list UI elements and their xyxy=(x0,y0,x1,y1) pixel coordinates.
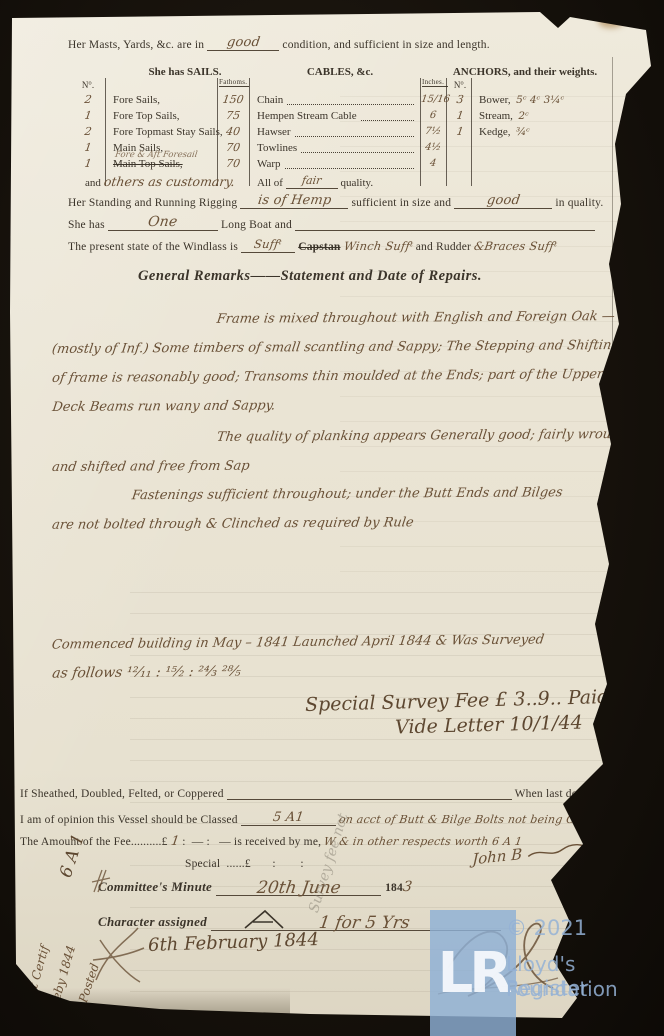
quality-suffix: quality. xyxy=(340,177,373,189)
cable-label: Hawser xyxy=(257,124,291,140)
anchor-weight: ¾ᶜ xyxy=(516,126,530,138)
margin-note-sent: Sent Certif xyxy=(20,944,52,1012)
windlass-line: The present state of the Windlass is Suf… xyxy=(68,238,557,253)
dot-leader xyxy=(301,140,414,153)
anchors-no-header: N°. xyxy=(449,80,471,90)
cables-section-title: CABLES, &c. xyxy=(255,66,425,78)
remarks-text: are not bolted through & Clinched as req… xyxy=(50,507,564,540)
survey-dates: as follows ¹²⁄₁₁ : ¹⁵⁄₂ : ²⁴⁄₃ ²⁸⁄₅ xyxy=(50,654,546,688)
fathoms-value: 70 xyxy=(218,156,248,172)
special-fee-colons: : : xyxy=(254,858,304,870)
masts-condition-blank: good xyxy=(207,36,279,51)
anchor-count: 1 xyxy=(448,124,472,140)
dot-leader xyxy=(285,156,414,169)
tally-hatch-mark xyxy=(90,868,112,894)
inches-header: Inches. xyxy=(422,78,448,87)
sail-count: 2 xyxy=(74,124,102,140)
cable-row: Warp xyxy=(257,156,417,172)
inches-value: 7½ xyxy=(420,124,446,140)
surveyor-signature-text: John B xyxy=(472,845,523,868)
sail-count: 1 xyxy=(74,140,102,156)
vide-letter-note: Vide Letter 10/1/44 xyxy=(395,712,583,739)
anchor-row: Bower, 5ᶜ 4ᶜ 3¼ᶜ xyxy=(479,92,629,108)
anchor-label: Bower, xyxy=(479,94,511,106)
committee-minute-line: Committee's Minute 20th June 1843 xyxy=(98,878,412,896)
anchor-weight: 5ᶜ 4ᶜ 3¼ᶜ xyxy=(516,94,564,106)
anchor-row: Kedge, ¾ᶜ xyxy=(479,124,629,140)
dot-leader xyxy=(361,108,414,121)
sail-count: 2 xyxy=(74,92,102,108)
inventory-table: She has SAILS. CABLES, &c. ANCHORS, and … xyxy=(75,66,605,194)
anchors-no-column: 3 1 1 xyxy=(449,92,471,140)
classed-value: 5 A1 xyxy=(272,811,305,824)
quality-blank: fair xyxy=(286,174,338,189)
margin-scribble xyxy=(88,920,148,990)
committee-date-written: 6th February 1844 xyxy=(148,929,320,956)
remarks-text: of frame is reasonably good; Transoms th… xyxy=(50,360,622,393)
anchor-weight: 2ᶜ xyxy=(518,110,528,122)
inches-value: 4 xyxy=(420,156,446,172)
classed-prefix: I am of opinion this Vessel should be Cl… xyxy=(20,814,238,826)
rigging-line: Her Standing and Running Rigging is of H… xyxy=(68,194,603,209)
remarks-paragraph-4: Commenced building in May – 1841 Launche… xyxy=(52,625,545,688)
windlass-blank: Suffᵗ xyxy=(241,238,295,253)
cable-row: Chain xyxy=(257,92,417,108)
sails-no-column: 2 1 2 1 1 xyxy=(75,92,101,172)
anchors-label-column: Bower, 5ᶜ 4ᶜ 3¼ᶜ Stream, 2ᶜ Kedge, ¾ᶜ xyxy=(479,92,629,140)
class-character-mark-icon xyxy=(241,908,287,930)
fold-line xyxy=(612,57,613,762)
anchor-count: 1 xyxy=(448,108,472,124)
scanned-survey-document: Her Masts, Yards, &c. are in good condit… xyxy=(0,0,664,1036)
fathoms-value: 75 xyxy=(218,108,248,124)
cable-row: Hawser xyxy=(257,124,417,140)
anchor-label: Kedge, xyxy=(479,126,510,138)
remarks-heading: General Remarks——Statement and Date of R… xyxy=(10,268,610,285)
lr-logo: LR xyxy=(430,910,516,1036)
anchor-count: 3 xyxy=(448,92,472,108)
cable-row: Hempen Stream Cable xyxy=(257,108,417,124)
sail-count: 1 xyxy=(74,156,102,172)
remarks-paragraph-2: The quality of planking appears Generall… xyxy=(52,420,634,482)
remarks-text: Deck Beams run wany and Sappy. xyxy=(50,389,622,422)
inches-value: 15/16 xyxy=(420,92,446,108)
cable-label: Towlines xyxy=(257,140,297,156)
classed-line: I am of opinion this Vessel should be Cl… xyxy=(20,811,617,826)
windlass-value1: Suffᵗ xyxy=(253,238,282,251)
inches-column: 15/16 6 7½ 4½ 4 xyxy=(421,92,445,172)
quality-prefix: All of xyxy=(257,177,283,189)
sail-count: 1 xyxy=(74,108,102,124)
rigging-blank2: good xyxy=(454,194,552,209)
sails-footer: and others as customary. xyxy=(85,174,235,189)
windlass-middle: and Rudder xyxy=(416,241,471,253)
sails-section-title: She has SAILS. xyxy=(105,66,265,78)
signature-flourish xyxy=(525,840,592,863)
fee-value: 1 xyxy=(170,834,181,849)
paper-sheet: Her Masts, Yards, &c. are in good condit… xyxy=(10,12,654,1022)
fee-prefix: The Amount of the Fee..........£ xyxy=(20,836,168,848)
classed-note: on acct of Butt & Bilge Bolts not being … xyxy=(338,813,618,826)
lr-logo-text: LR xyxy=(438,941,509,1006)
special-fee-line: Special ......£ : : xyxy=(185,858,304,870)
remarks-text: and shifted and free from Sap xyxy=(50,449,635,482)
boats-suffix: Long Boat and xyxy=(221,219,292,231)
capstan-struck-word: Capstan xyxy=(298,241,340,253)
masts-line-suffix: condition, and sufficient in size and le… xyxy=(282,39,489,51)
committee-minute-label: Committee's Minute xyxy=(98,879,212,894)
when-last-done-label: When last done xyxy=(515,788,589,800)
anchors-section-title: ANCHORS, and their weights. xyxy=(435,66,615,78)
character-assigned-value: 1 for 5 Yrs xyxy=(318,917,410,930)
windlass-prefix: The present state of the Windlass is xyxy=(68,241,238,253)
masts-condition-line: Her Masts, Yards, &c. are in good condit… xyxy=(68,36,490,51)
cables-label-column: Chain Hempen Stream Cable Hawser Towline… xyxy=(257,92,417,172)
remarks-text: Frame is mixed throughout with English a… xyxy=(50,302,622,335)
rigging-value2: good xyxy=(486,194,521,207)
minute-year-written: 3 xyxy=(402,879,413,895)
anchor-label: Stream, xyxy=(479,110,513,122)
when-last-done-blank xyxy=(592,799,664,800)
dot-leader xyxy=(287,92,414,105)
rigging-value1: is of Hemp xyxy=(257,194,332,207)
classed-blank: 5 A1 xyxy=(241,811,336,826)
watermark-org-line2: Foundation xyxy=(506,977,618,1001)
ink-stain xyxy=(598,14,624,28)
rigging-suffix: in quality. xyxy=(555,197,603,209)
remarks-paragraph-1: Frame is mixed throughout with English a… xyxy=(52,302,621,422)
table-rule xyxy=(105,78,106,186)
cables-quality-line: All of fair quality. xyxy=(257,174,373,189)
boats-empty-blank xyxy=(295,230,595,231)
inches-value: 6 xyxy=(420,108,446,124)
dot-leader xyxy=(295,124,414,137)
sails-footer-prefix: and xyxy=(85,177,101,189)
fee-middle: : — : — is received by me, xyxy=(182,836,321,848)
fee-note: W & in other respects worth 6 A 1 xyxy=(323,835,523,848)
windlass-value2: Winch Suffᵗ xyxy=(343,239,414,253)
fee-amount-line: The Amount of the Fee..........£ 1 : — :… xyxy=(20,834,522,849)
anchor-row: Stream, 2ᶜ xyxy=(479,108,629,124)
fathoms-column: 150 75 40 70 70 xyxy=(219,92,247,172)
fathoms-value: 70 xyxy=(218,140,248,156)
watermark-copyright: © 2021 xyxy=(506,916,587,940)
sails-footer-value: others as customary. xyxy=(103,174,236,189)
sheathed-blank xyxy=(227,799,512,800)
masts-condition-value: good xyxy=(226,36,261,49)
remarks-text: Fastenings sufficient throughout; under … xyxy=(50,478,564,511)
remarks-text: (mostly of Inf.) Some timbers of small s… xyxy=(50,331,622,364)
cable-label: Hempen Stream Cable xyxy=(257,108,357,124)
rigging-prefix: Her Standing and Running Rigging xyxy=(68,197,237,209)
fathoms-value: 150 xyxy=(218,92,248,108)
minute-year-printed: 184 xyxy=(385,882,403,894)
committee-minute-blank: 20th June xyxy=(216,882,381,896)
cable-label: Chain xyxy=(257,92,283,108)
fathoms-value: 40 xyxy=(218,124,248,140)
rigging-middle: sufficient in size and xyxy=(351,197,451,209)
cable-label: Warp xyxy=(257,156,281,172)
sheathed-prefix: If Sheathed, Doubled, Felted, or Coppere… xyxy=(20,788,224,800)
windlass-value3: &Braces Suffᵗ xyxy=(473,239,558,253)
inches-value: 4½ xyxy=(420,140,446,156)
boats-line: She has One Long Boat and xyxy=(68,216,595,231)
remarks-paragraph-3: Fastenings sufficient throughout; under … xyxy=(52,478,563,540)
masts-line-prefix: Her Masts, Yards, &c. are in xyxy=(68,39,204,51)
boats-value: One xyxy=(147,216,178,229)
pencil-diagonal-note: Survey fee not xyxy=(306,811,351,914)
rigging-blank1: is of Hemp xyxy=(240,194,348,209)
boats-blank: One xyxy=(108,216,218,231)
remarks-text: The quality of planking appears Generall… xyxy=(50,420,635,453)
boats-prefix: She has xyxy=(68,219,105,231)
sails-no-header: N°. xyxy=(75,80,101,90)
main-sails-note: Fore & Aft Foresail xyxy=(114,150,198,160)
fathoms-header: Fathoms. xyxy=(219,78,249,87)
sheathed-line: If Sheathed, Doubled, Felted, or Coppere… xyxy=(20,788,664,800)
quality-value: fair xyxy=(301,174,322,187)
cable-row: Towlines xyxy=(257,140,417,156)
special-fee-label: Special ......£ xyxy=(185,858,251,870)
